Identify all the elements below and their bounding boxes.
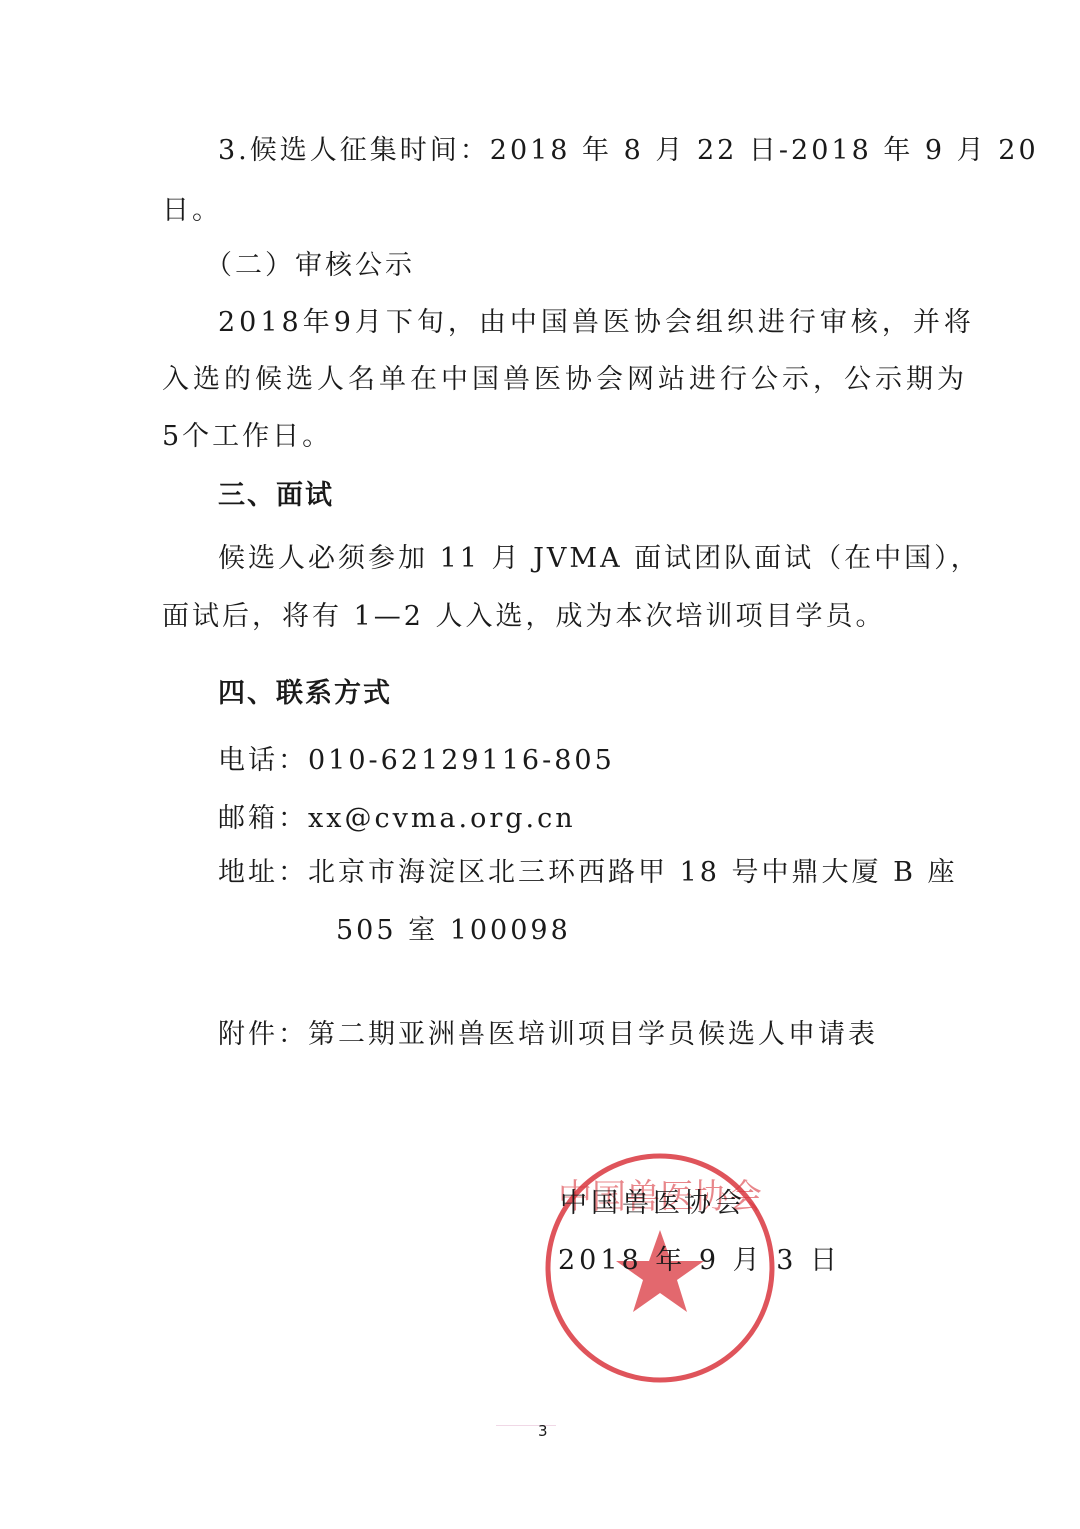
contact-address-line2: 505 室 100098 bbox=[336, 908, 571, 947]
contact-email: 邮箱：xx@cvma.org.cn bbox=[218, 796, 576, 835]
signature-date: 2018 年 9 月 3 日 bbox=[558, 1238, 841, 1277]
interview-para-line1: 候选人必须参加 11 月 JVMA 面试团队面试（在中国）， bbox=[218, 536, 981, 575]
item3-line1: 3.候选人征集时间：2018 年 8 月 22 日-2018 年 9 月 20 bbox=[218, 128, 1039, 167]
section-title-interview: 三、面试 bbox=[218, 473, 334, 512]
review-para-line2: 入选的候选人名单在中国兽医协会网站进行公示，公示期为 bbox=[162, 357, 968, 396]
contact-address-line1: 地址：北京市海淀区北三环西路甲 18 号中鼎大厦 B 座 bbox=[218, 850, 958, 889]
interview-para-line2: 面试后，将有 1—2 人入选，成为本次培训项目学员。 bbox=[162, 594, 886, 633]
review-para-line3: 5个工作日。 bbox=[162, 414, 332, 453]
review-para-line1: 2018年9月下旬，由中国兽医协会组织进行审核，并将 bbox=[218, 300, 975, 339]
contact-phone: 电话：010-62129116-805 bbox=[218, 738, 615, 777]
subsection-title-review: （二）审核公示 bbox=[205, 243, 415, 282]
signature-organization: 中国兽医协会 bbox=[560, 1181, 746, 1220]
page-number: 3 bbox=[538, 1422, 548, 1440]
attachment-note: 附件：第二期亚洲兽医培训项目学员候选人申请表 bbox=[218, 1012, 878, 1051]
item3-line2: 日。 bbox=[162, 188, 222, 227]
section-title-contact: 四、联系方式 bbox=[218, 671, 392, 710]
